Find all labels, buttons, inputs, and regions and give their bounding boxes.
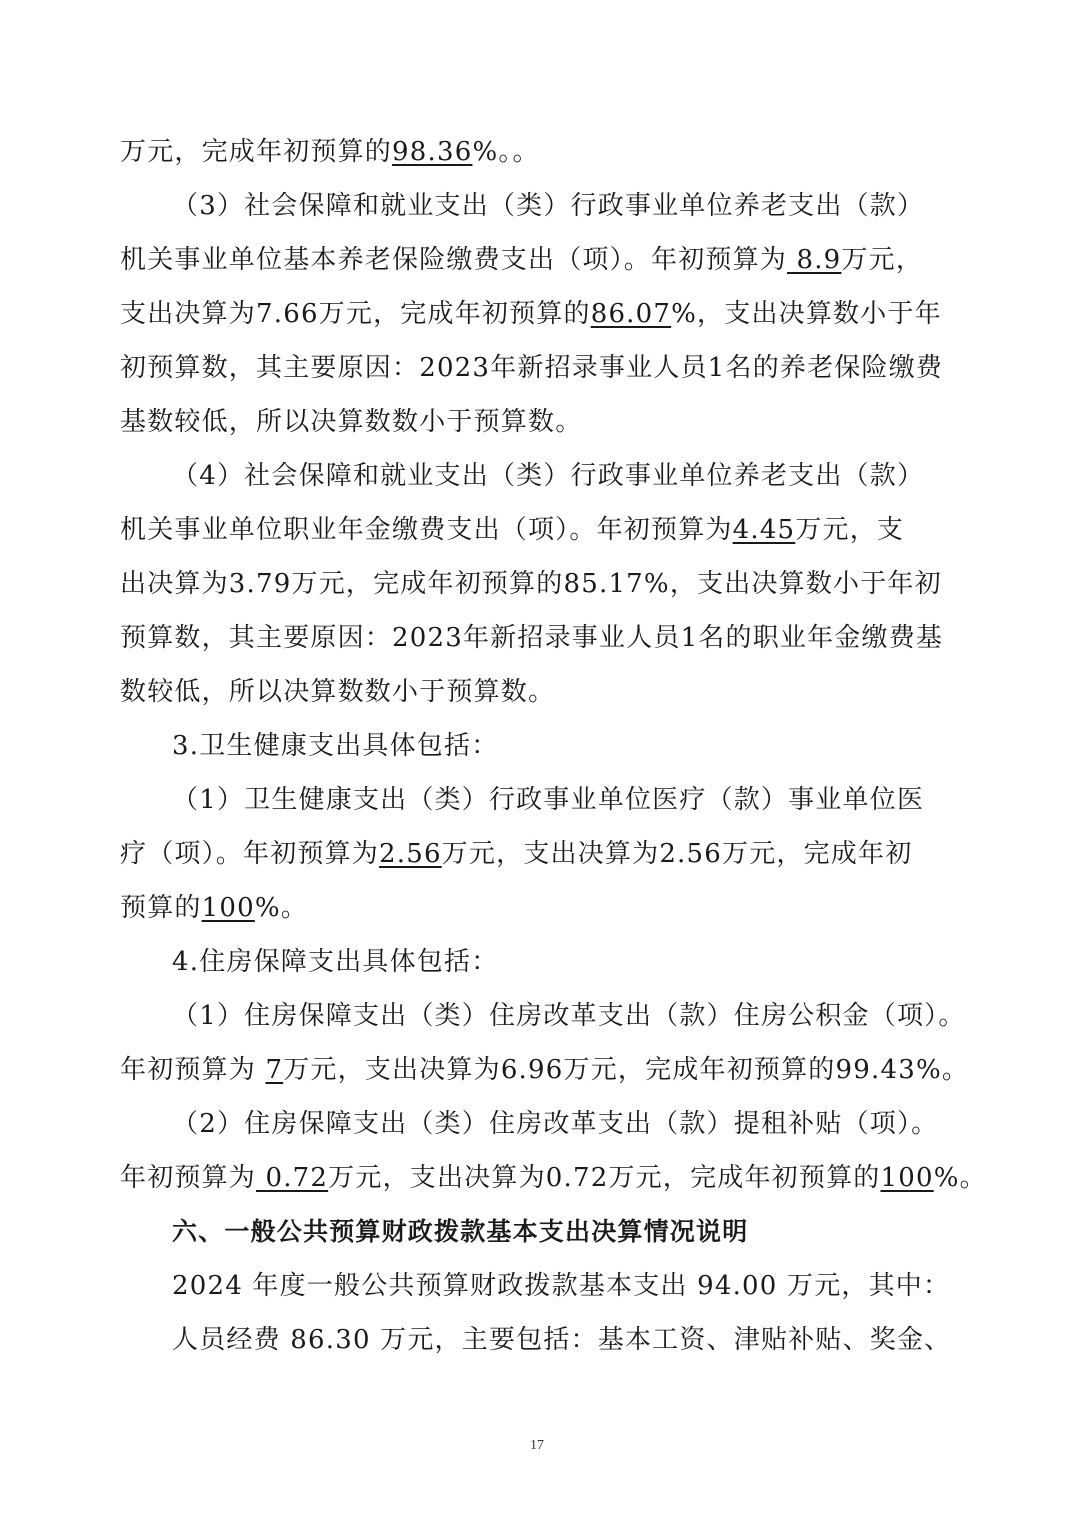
paragraph-line: 预算数，其主要原因：2023年新招录事业人员1名的职业年金缴费基 — [120, 620, 960, 656]
paragraph-line: 机关事业单位职业年金缴费支出（项）。年初预算为4.45万元，支 — [120, 512, 960, 548]
section-subheading: 4.住房保障支出具体包括： — [172, 944, 960, 980]
paragraph-line: 万元，完成年初预算的98.36%。。 — [120, 134, 960, 170]
paragraph-line: 预算的100%。 — [120, 890, 960, 926]
paragraph-line: （3）社会保障和就业支出（类）行政事业单位养老支出（款） — [172, 188, 960, 224]
paragraph-line: 数较低，所以决算数数小于预算数。 — [120, 674, 960, 710]
paragraph-line: 年初预算为 0.72万元，支出决算为0.72万元，完成年初预算的100%。 — [120, 1160, 960, 1196]
paragraph-line: （4）社会保障和就业支出（类）行政事业单位养老支出（款） — [172, 458, 960, 494]
paragraph-line: 年初预算为 7万元，支出决算为6.96万元，完成年初预算的99.43%。 — [120, 1052, 960, 1088]
section-subheading: 3.卫生健康支出具体包括： — [172, 728, 960, 764]
paragraph-line: 人员经费 86.30 万元，主要包括：基本工资、津贴补贴、奖金、 — [172, 1322, 960, 1358]
paragraph-line: 支出决算为7.66万元，完成年初预算的86.07%，支出决算数小于年 — [120, 296, 960, 332]
paragraph-line: 疗（项）。年初预算为2.56万元，支出决算为2.56万元，完成年初 — [120, 836, 960, 872]
paragraph-line: 2024 年度一般公共预算财政拨款基本支出 94.00 万元，其中： — [172, 1268, 960, 1304]
paragraph-line: 出决算为3.79万元，完成年初预算的85.17%，支出决算数小于年初 — [120, 566, 960, 602]
paragraph-line: 初预算数，其主要原因：2023年新招录事业人员1名的养老保险缴费 — [120, 350, 960, 386]
section-heading: 六、一般公共预算财政拨款基本支出决算情况说明 — [172, 1214, 960, 1250]
paragraph-line: 机关事业单位基本养老保险缴费支出（项）。年初预算为 8.9万元， — [120, 242, 960, 278]
paragraph-line: （1）住房保障支出（类）住房改革支出（款）住房公积金（项）。 — [172, 998, 960, 1034]
paragraph-line: 基数较低，所以决算数数小于预算数。 — [120, 404, 960, 440]
document-page: 万元，完成年初预算的98.36%。。 （3）社会保障和就业支出（类）行政事业单位… — [0, 0, 1074, 1520]
paragraph-line: （1）卫生健康支出（类）行政事业单位医疗（款）事业单位医 — [172, 782, 960, 818]
paragraph-line: （2）住房保障支出（类）住房改革支出（款）提租补贴（项）。 — [172, 1106, 960, 1142]
page-number: 17 — [0, 1438, 1074, 1454]
